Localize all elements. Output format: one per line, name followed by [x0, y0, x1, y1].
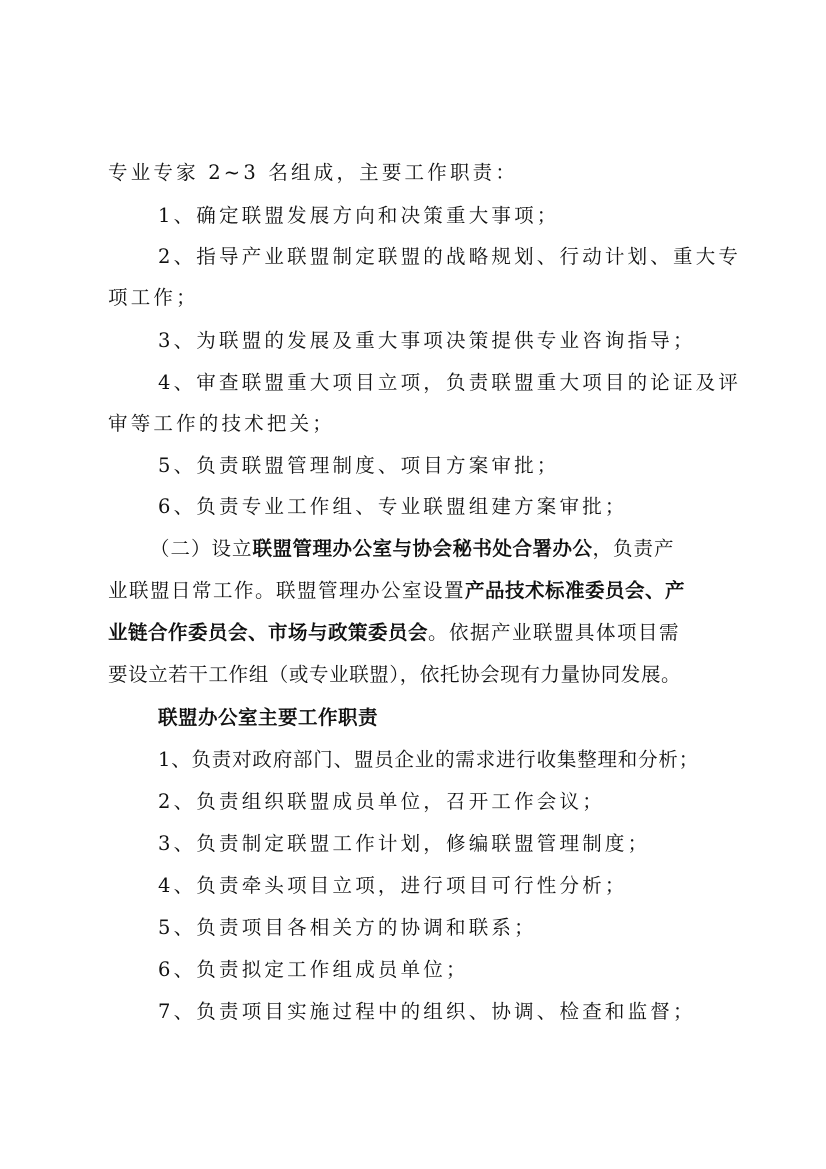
- list-item: 1、负责对政府部门、盟员企业的需求进行收集整理和分析；: [158, 747, 774, 773]
- text: 业联盟日常工作。联盟管理办公室设置: [108, 579, 465, 602]
- list-item: 5、负责联盟管理制度、项目方案审批；: [158, 453, 774, 479]
- list-item: 1、确定联盟发展方向和决策重大事项；: [158, 203, 774, 229]
- paragraph-line: 业联盟日常工作。联盟管理办公室设置产品技术标准委员会、产: [108, 578, 724, 604]
- list-item: 3、负责制定联盟工作计划，修编联盟管理制度；: [158, 831, 774, 857]
- bold-text: 业链合作委员会、市场与政策委员会: [108, 621, 428, 644]
- paragraph-line: （二）设立联盟管理办公室与协会秘书处合署办公，负责产: [150, 536, 724, 562]
- list-item: 2、负责组织联盟成员单位，召开工作会议；: [158, 789, 774, 815]
- list-item: 6、负责拟定工作组成员单位；: [158, 957, 774, 983]
- text: 。依据产业联盟具体项目需: [428, 621, 680, 644]
- section-heading: 联盟办公室主要工作职责: [158, 705, 774, 731]
- list-item: 4、审查联盟重大项目立项，负责联盟重大项目的论证及评: [158, 370, 774, 396]
- paragraph-line: 业链合作委员会、市场与政策委员会。依据产业联盟具体项目需: [108, 620, 724, 646]
- text: （二）设立: [150, 537, 253, 560]
- list-item: 6、负责专业工作组、专业联盟组建方案审批；: [158, 494, 774, 520]
- list-item: 3、为联盟的发展及重大事项决策提供专业咨询指导；: [158, 328, 774, 354]
- list-item-continuation: 项工作；: [108, 285, 724, 311]
- text: ，负责产: [593, 537, 675, 560]
- bold-text: 联盟管理办公室与协会秘书处合署办公: [253, 537, 593, 560]
- list-item: 4、负责牵头项目立项，进行项目可行性分析；: [158, 873, 774, 899]
- paragraph-line: 要设立若干工作组（或专业联盟），依托协会现有力量协同发展。: [108, 662, 724, 688]
- list-item: 7、负责项目实施过程中的组织、协调、检查和监督；: [158, 999, 774, 1025]
- bold-text: 产品技术标准委员会、产: [465, 579, 685, 602]
- list-item-continuation: 审等工作的技术把关；: [108, 411, 724, 437]
- list-item: 5、负责项目各相关方的协调和联系；: [158, 915, 774, 941]
- list-item: 2、指导产业联盟制定联盟的战略规划、行动计划、重大专: [158, 244, 774, 270]
- document-page: 专业专家 2~3 名组成，主要工作职责： 1、确定联盟发展方向和决策重大事项； …: [0, 0, 826, 1169]
- paragraph-line: 专业专家 2~3 名组成，主要工作职责：: [108, 160, 724, 186]
